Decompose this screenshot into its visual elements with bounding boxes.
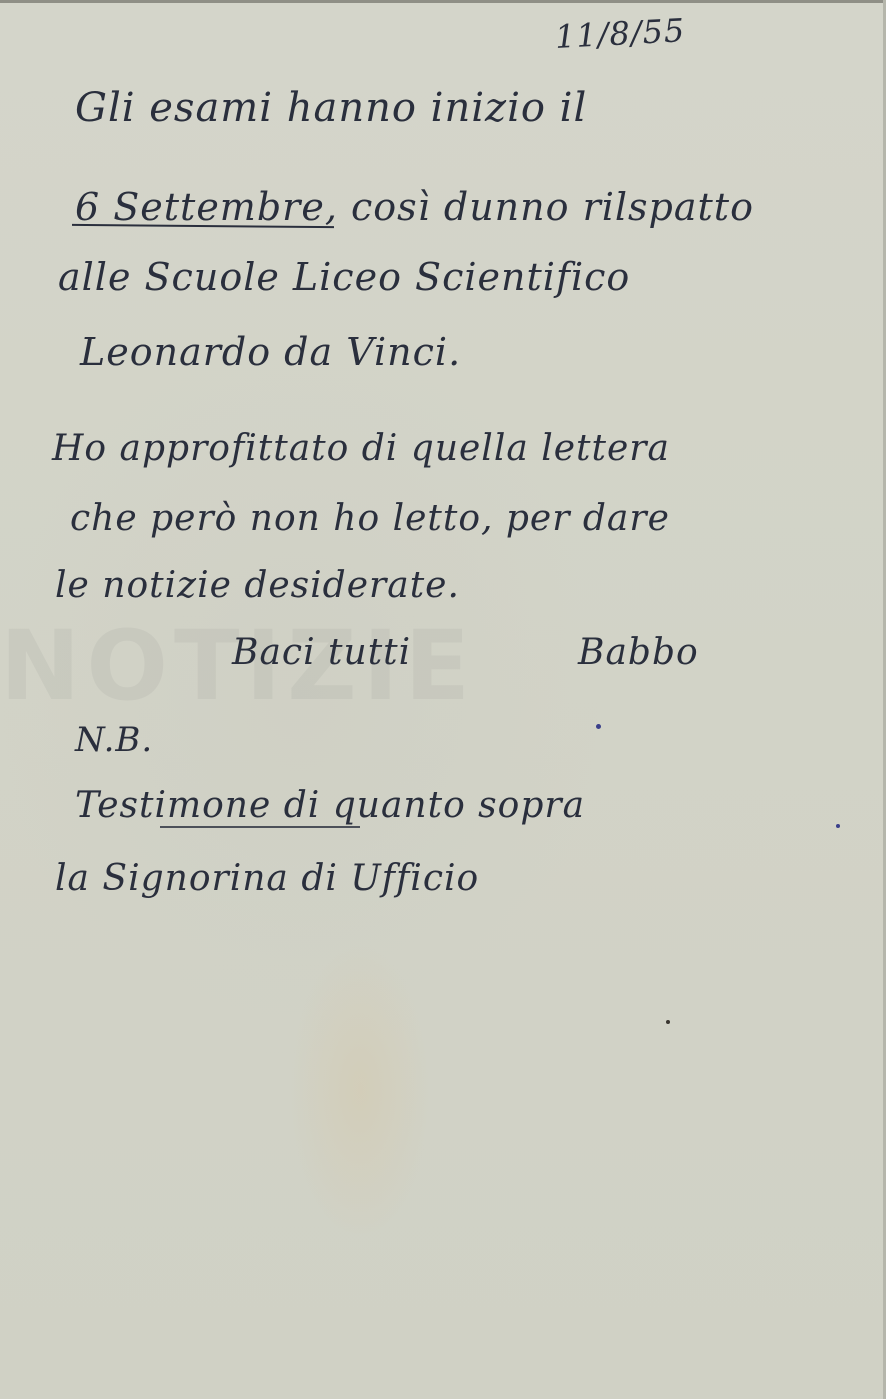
body-line-6: che però non ho letto, per dare [70, 498, 670, 539]
letter-date: 11/8/55 [554, 11, 686, 56]
postscript-label: N.B. [75, 720, 153, 760]
body-line-4: Leonardo da Vinci. [80, 330, 461, 374]
show-through-watermark: NOTIZIE [0, 610, 886, 720]
ink-spot [666, 1020, 670, 1024]
page-top-edge [0, 0, 886, 3]
body-line-5: Ho approfittato di quella lettera [52, 428, 670, 469]
ink-spot [836, 824, 840, 828]
underline-postscript-stroke [160, 826, 360, 828]
body-line-7: le notizie desiderate. [55, 565, 460, 606]
postscript-line-1: Testimone di quanto sopra [75, 785, 585, 826]
body-line-2: 6 Settembre, così dunno rilspatto [75, 185, 754, 229]
signature: Babbo [578, 632, 699, 673]
closing: Baci tutti [232, 632, 411, 673]
letter-page: NOTIZIE 11/8/55 Gli esami hanno inizio i… [0, 0, 886, 1399]
ink-spot [596, 724, 601, 729]
body-line-3: alle Scuole Liceo Scientifico [58, 255, 630, 299]
body-line-1: Gli esami hanno inizio il [75, 85, 587, 131]
postscript-line-2: la Signorina di Ufficio [55, 858, 479, 899]
